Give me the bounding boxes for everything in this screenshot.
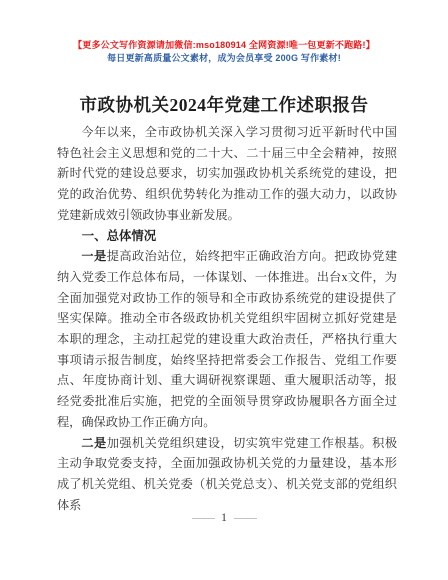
paragraph-1-text: 提高政治站位，始终把牢正确政治方向。把政协党建纳入党委工作总体布局，一体谋划、一… [57,249,397,429]
document-body: 今年以来，全市政协机关深入学习贯彻习近平新时代中国特色社会主义思想和党的二十大、… [57,122,397,515]
page-number: 1 [214,510,234,524]
ad-banner: 【更多公文写作资源请加微信:mso180914 全网资源!唯一包更新不跑路!】 … [0,0,448,65]
paragraph-2-lead: 二是 [81,436,106,450]
ad-banner-line-1: 【更多公文写作资源请加微信:mso180914 全网资源!唯一包更新不跑路!】 [0,39,448,52]
section-heading-1: 一、总体情况 [57,226,397,247]
paragraph-1-lead: 一是 [81,249,106,263]
document-page: 【更多公文写作资源请加微信:mso180914 全网资源!唯一包更新不跑路!】 … [0,0,448,580]
ad-banner-line-2: 每日更新高质量公文素材，成为会员享受 200G 写作素材! [0,52,448,65]
document-title: 市政协机关2024年党建工作述职报告 [0,94,448,116]
paragraph-2-text: 加强机关党组织建设，切实筑牢党建工作根基。积极主动争取党委支持，全面加强政协机关… [57,436,397,512]
paragraph-2: 二是加强机关党组织建设，切实筑牢党建工作根基。积极主动争取党委支持，全面加强政协… [57,433,397,516]
intro-paragraph: 今年以来，全市政协机关深入学习贯彻习近平新时代中国特色社会主义思想和党的二十大、… [57,122,397,226]
page-footer: ——1—— [0,509,448,525]
paragraph-1: 一是提高政治站位，始终把牢正确政治方向。把政协党建纳入党委工作总体布局，一体谋划… [57,246,397,432]
page-number-dash-right: —— [234,510,256,524]
page-number-dash-left: —— [192,510,214,524]
